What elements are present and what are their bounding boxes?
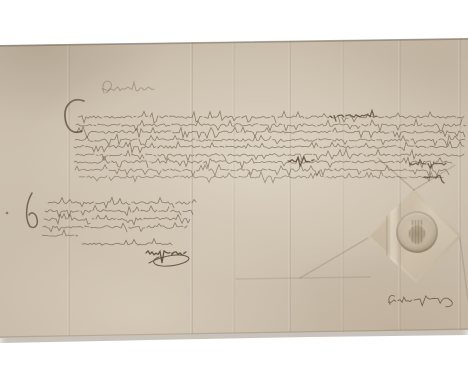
fold-line (458, 30, 461, 350)
fold-line (288, 30, 291, 350)
photograph-of-manuscript (0, 0, 468, 382)
fold-line (232, 30, 235, 350)
fold-line (341, 30, 344, 350)
fold-line (398, 30, 401, 350)
seal-impression-circle (396, 211, 438, 253)
seal-shield-motif (409, 225, 425, 244)
fold-line (67, 30, 70, 350)
parchment-sheet (0, 0, 468, 382)
fold-line (190, 30, 193, 350)
